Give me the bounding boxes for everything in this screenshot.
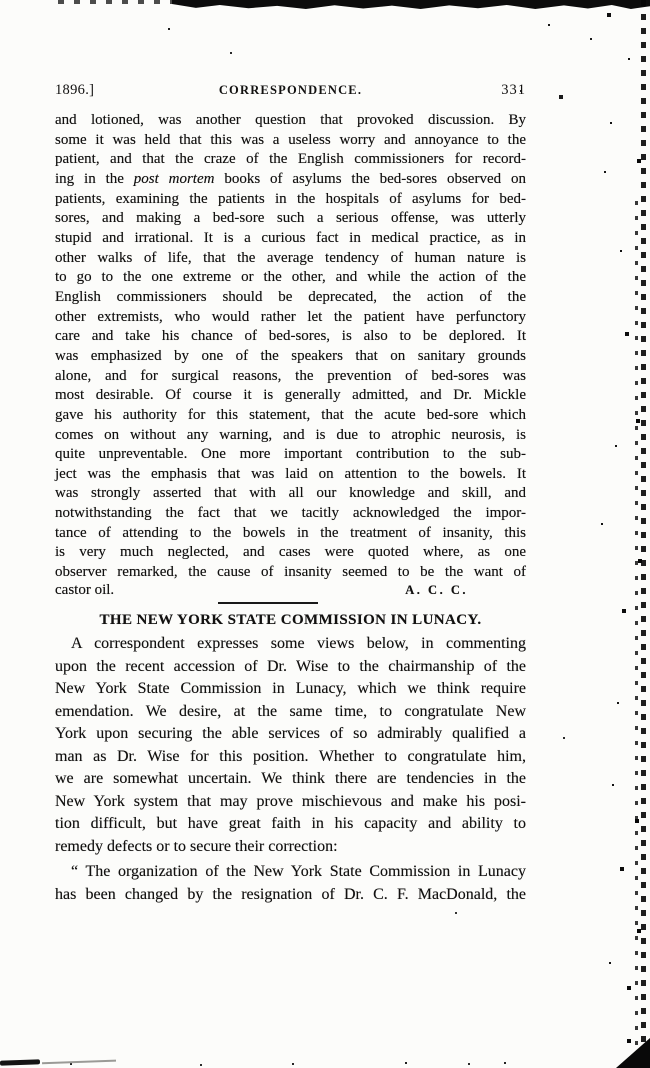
text-line: emendation. We desire, at the same time,… bbox=[55, 701, 526, 724]
quote-paragraph: “ The organization of the New York State… bbox=[55, 861, 526, 906]
text-line: comes on without any warning, and is due… bbox=[55, 426, 526, 446]
text-line: patient, and that the craze of the Engli… bbox=[55, 150, 526, 170]
signature-line: castor oil. A. C. C. bbox=[55, 582, 526, 602]
text-line: to go to the one extreme or the other, a… bbox=[55, 268, 526, 288]
text-line: “ The organization of the New York State… bbox=[55, 861, 526, 884]
text-line: patients, examining the patients in the … bbox=[55, 190, 526, 210]
running-title: CORRESPONDENCE. bbox=[165, 83, 416, 98]
text-line: sores, and making a bed-sore such a seri… bbox=[55, 209, 526, 229]
text-line: upon the recent accession of Dr. Wise to… bbox=[55, 656, 526, 679]
text-line: A correspondent expresses some views bel… bbox=[55, 633, 526, 656]
scan-artifact-top-edge bbox=[172, 0, 650, 9]
text-line: quite unpreventable. One more important … bbox=[55, 445, 526, 465]
page-number: 331 bbox=[416, 82, 526, 99]
header-year: 1896.] bbox=[55, 82, 165, 99]
text-line: New York State Commission in Lunacy, whi… bbox=[55, 678, 526, 701]
text-line: and lotioned, was another question that … bbox=[55, 111, 526, 131]
scan-artifact-right-edge bbox=[641, 0, 646, 1068]
text-line: stupid and irrational. It is a curious f… bbox=[55, 229, 526, 249]
section-heading: THE NEW YORK STATE COMMISSION IN LUNACY. bbox=[55, 612, 526, 629]
section-divider bbox=[218, 602, 318, 604]
text-line: ject was the emphasis that was laid on a… bbox=[55, 465, 526, 485]
correspondence-paragraph: and lotioned, was another question that … bbox=[55, 111, 526, 583]
text-line: was strongly asserted that with all our … bbox=[55, 484, 526, 504]
text-line: gave his authority for this statement, t… bbox=[55, 406, 526, 426]
text-line: remedy defects or to secure their correc… bbox=[55, 836, 526, 859]
scanned-page: 1896.] CORRESPONDENCE. 331 and lotioned,… bbox=[0, 0, 650, 1068]
text-line: most desirable. Of course it is generall… bbox=[55, 386, 526, 406]
text-line: other extremists, who would rather let t… bbox=[55, 308, 526, 328]
text-line: has been changed by the resignation of D… bbox=[55, 884, 526, 907]
text-line: New York system that may prove mischievo… bbox=[55, 791, 526, 814]
scan-speckles bbox=[0, 0, 2, 2]
text-line: observer remarked, the cause of insanity… bbox=[55, 563, 526, 583]
text-line: was emphasized by one of the speakers th… bbox=[55, 347, 526, 367]
scan-artifact-top-edge-left bbox=[58, 0, 172, 4]
text-line: alone, and for surgical reasons, the pre… bbox=[55, 367, 526, 387]
scan-artifact-right-edge-inner bbox=[635, 190, 638, 1068]
text-line: man as Dr. Wise for this position. Wheth… bbox=[55, 746, 526, 769]
author-initials: A. C. C. bbox=[405, 583, 526, 598]
text-line: is very much neglected, and cases were q… bbox=[55, 543, 526, 563]
text-line: notwithstanding the fact that we tacitly… bbox=[55, 504, 526, 524]
text-line: York upon securing the able services of … bbox=[55, 723, 526, 746]
text-line: tance of attending to the bowels in the … bbox=[55, 524, 526, 544]
scan-artifact-corner-fold bbox=[616, 1038, 650, 1068]
text-line: English commissioners should be deprecat… bbox=[55, 288, 526, 308]
text-line: ing in the post mortem books of asylums … bbox=[55, 170, 526, 190]
text-line: we are somewhat uncertain. We think ther… bbox=[55, 768, 526, 791]
scan-artifact-bottom-smudge bbox=[0, 1059, 40, 1065]
closing-text: castor oil. bbox=[55, 582, 114, 599]
text-line: care and take his chance of bed-sores, i… bbox=[55, 327, 526, 347]
text-line: other walks of life, that the average te… bbox=[55, 249, 526, 269]
editorial-paragraph: A correspondent expresses some views bel… bbox=[55, 633, 526, 858]
text-line: some it was held that this was a useless… bbox=[55, 131, 526, 151]
text-line: tion difficult, but have great faith in … bbox=[55, 813, 526, 836]
page-header: 1896.] CORRESPONDENCE. 331 bbox=[55, 82, 526, 100]
